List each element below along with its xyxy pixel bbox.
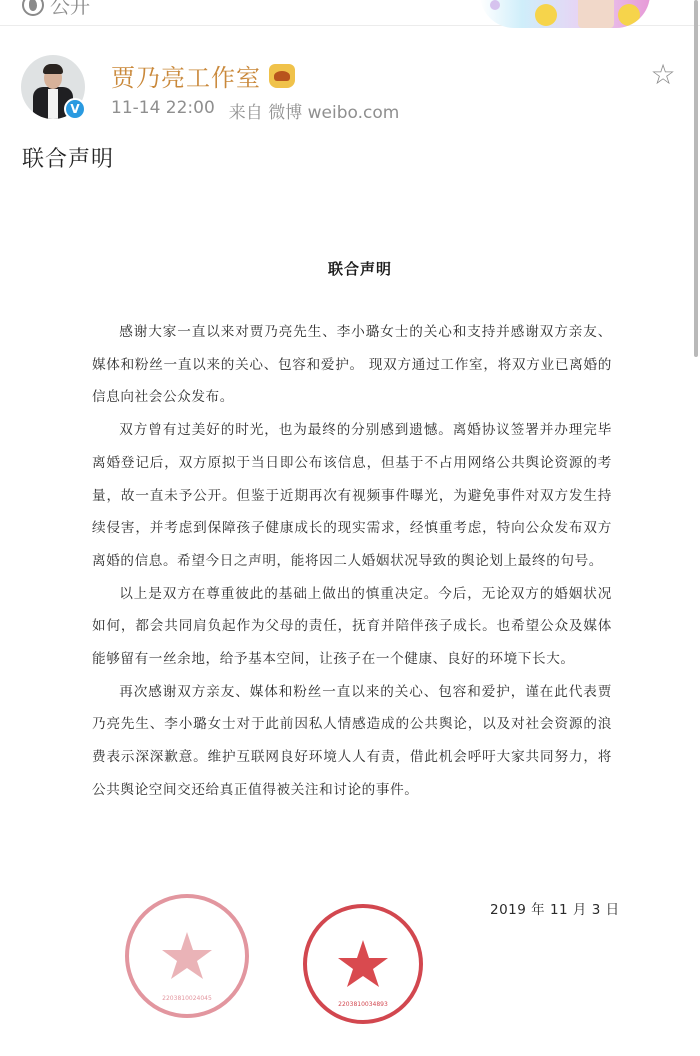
post-timestamp: 11-14 22:00 — [111, 98, 215, 123]
document-body: 感谢大家一直以来对贾乃亮先生、李小璐女士的关心和支持并感谢双方亲友、媒体和粉丝一… — [92, 316, 612, 807]
author-row: 贾乃亮工作室 — [111, 58, 295, 93]
document-paragraph: 再次感谢双方亲友、媒体和粉丝一直以来的关心、包容和爱护，谨在此代表贾乃亮先生、李… — [92, 676, 612, 807]
source-name: 微博 weibo.com — [268, 103, 399, 123]
document-paragraph: 以上是双方在尊重彼此的基础上做出的慎重决定。今后，无论双方的婚姻状况如何，都会共… — [92, 578, 612, 676]
top-bar: 公开 — [0, 0, 700, 26]
post-source: 来自 微博 weibo.com — [229, 98, 400, 123]
svg-text:2203810024045: 2203810024045 — [162, 995, 212, 1002]
decorative-banner[interactable] — [480, 0, 650, 28]
star-favorite-icon[interactable]: ☆ — [648, 60, 678, 90]
document-paragraph: 感谢大家一直以来对贾乃亮先生、李小璐女士的关心和支持并感谢双方亲友、媒体和粉丝一… — [92, 316, 612, 414]
company-seal-1: 2203810024045 — [123, 892, 251, 1020]
visibility-label: 公开 — [50, 0, 90, 19]
document-date: 2019 年 11 月 3 日 — [490, 898, 620, 918]
scrollbar[interactable] — [694, 0, 698, 357]
verified-badge-icon: V — [64, 98, 86, 120]
statement-image[interactable]: 联合声明 感谢大家一直以来对贾乃亮先生、李小璐女士的关心和支持并感谢双方亲友、媒… — [25, 180, 675, 1056]
author-name[interactable]: 贾乃亮工作室 — [111, 58, 261, 93]
document-title: 联合声明 — [25, 258, 695, 279]
source-prefix: 来自 — [229, 103, 263, 123]
banner-portrait — [578, 0, 614, 28]
crown-member-icon[interactable] — [269, 64, 295, 88]
globe-icon — [22, 0, 44, 16]
seal-stamp-icon: 2203810034893 — [301, 902, 425, 1026]
post-meta: 11-14 22:00 来自 微博 weibo.com — [111, 98, 399, 123]
visibility-indicator: 公开 — [22, 0, 90, 19]
document-paragraph: 双方曾有过美好的时光，也为最终的分别感到遗憾。离婚协议签署并办理完毕离婚登记后，… — [92, 414, 612, 578]
seal-stamp-icon: 2203810024045 — [123, 892, 251, 1020]
company-seal-2: 2203810034893 — [301, 902, 425, 1026]
post-text: 联合声明 — [22, 142, 114, 173]
svg-text:2203810034893: 2203810034893 — [338, 1001, 388, 1008]
